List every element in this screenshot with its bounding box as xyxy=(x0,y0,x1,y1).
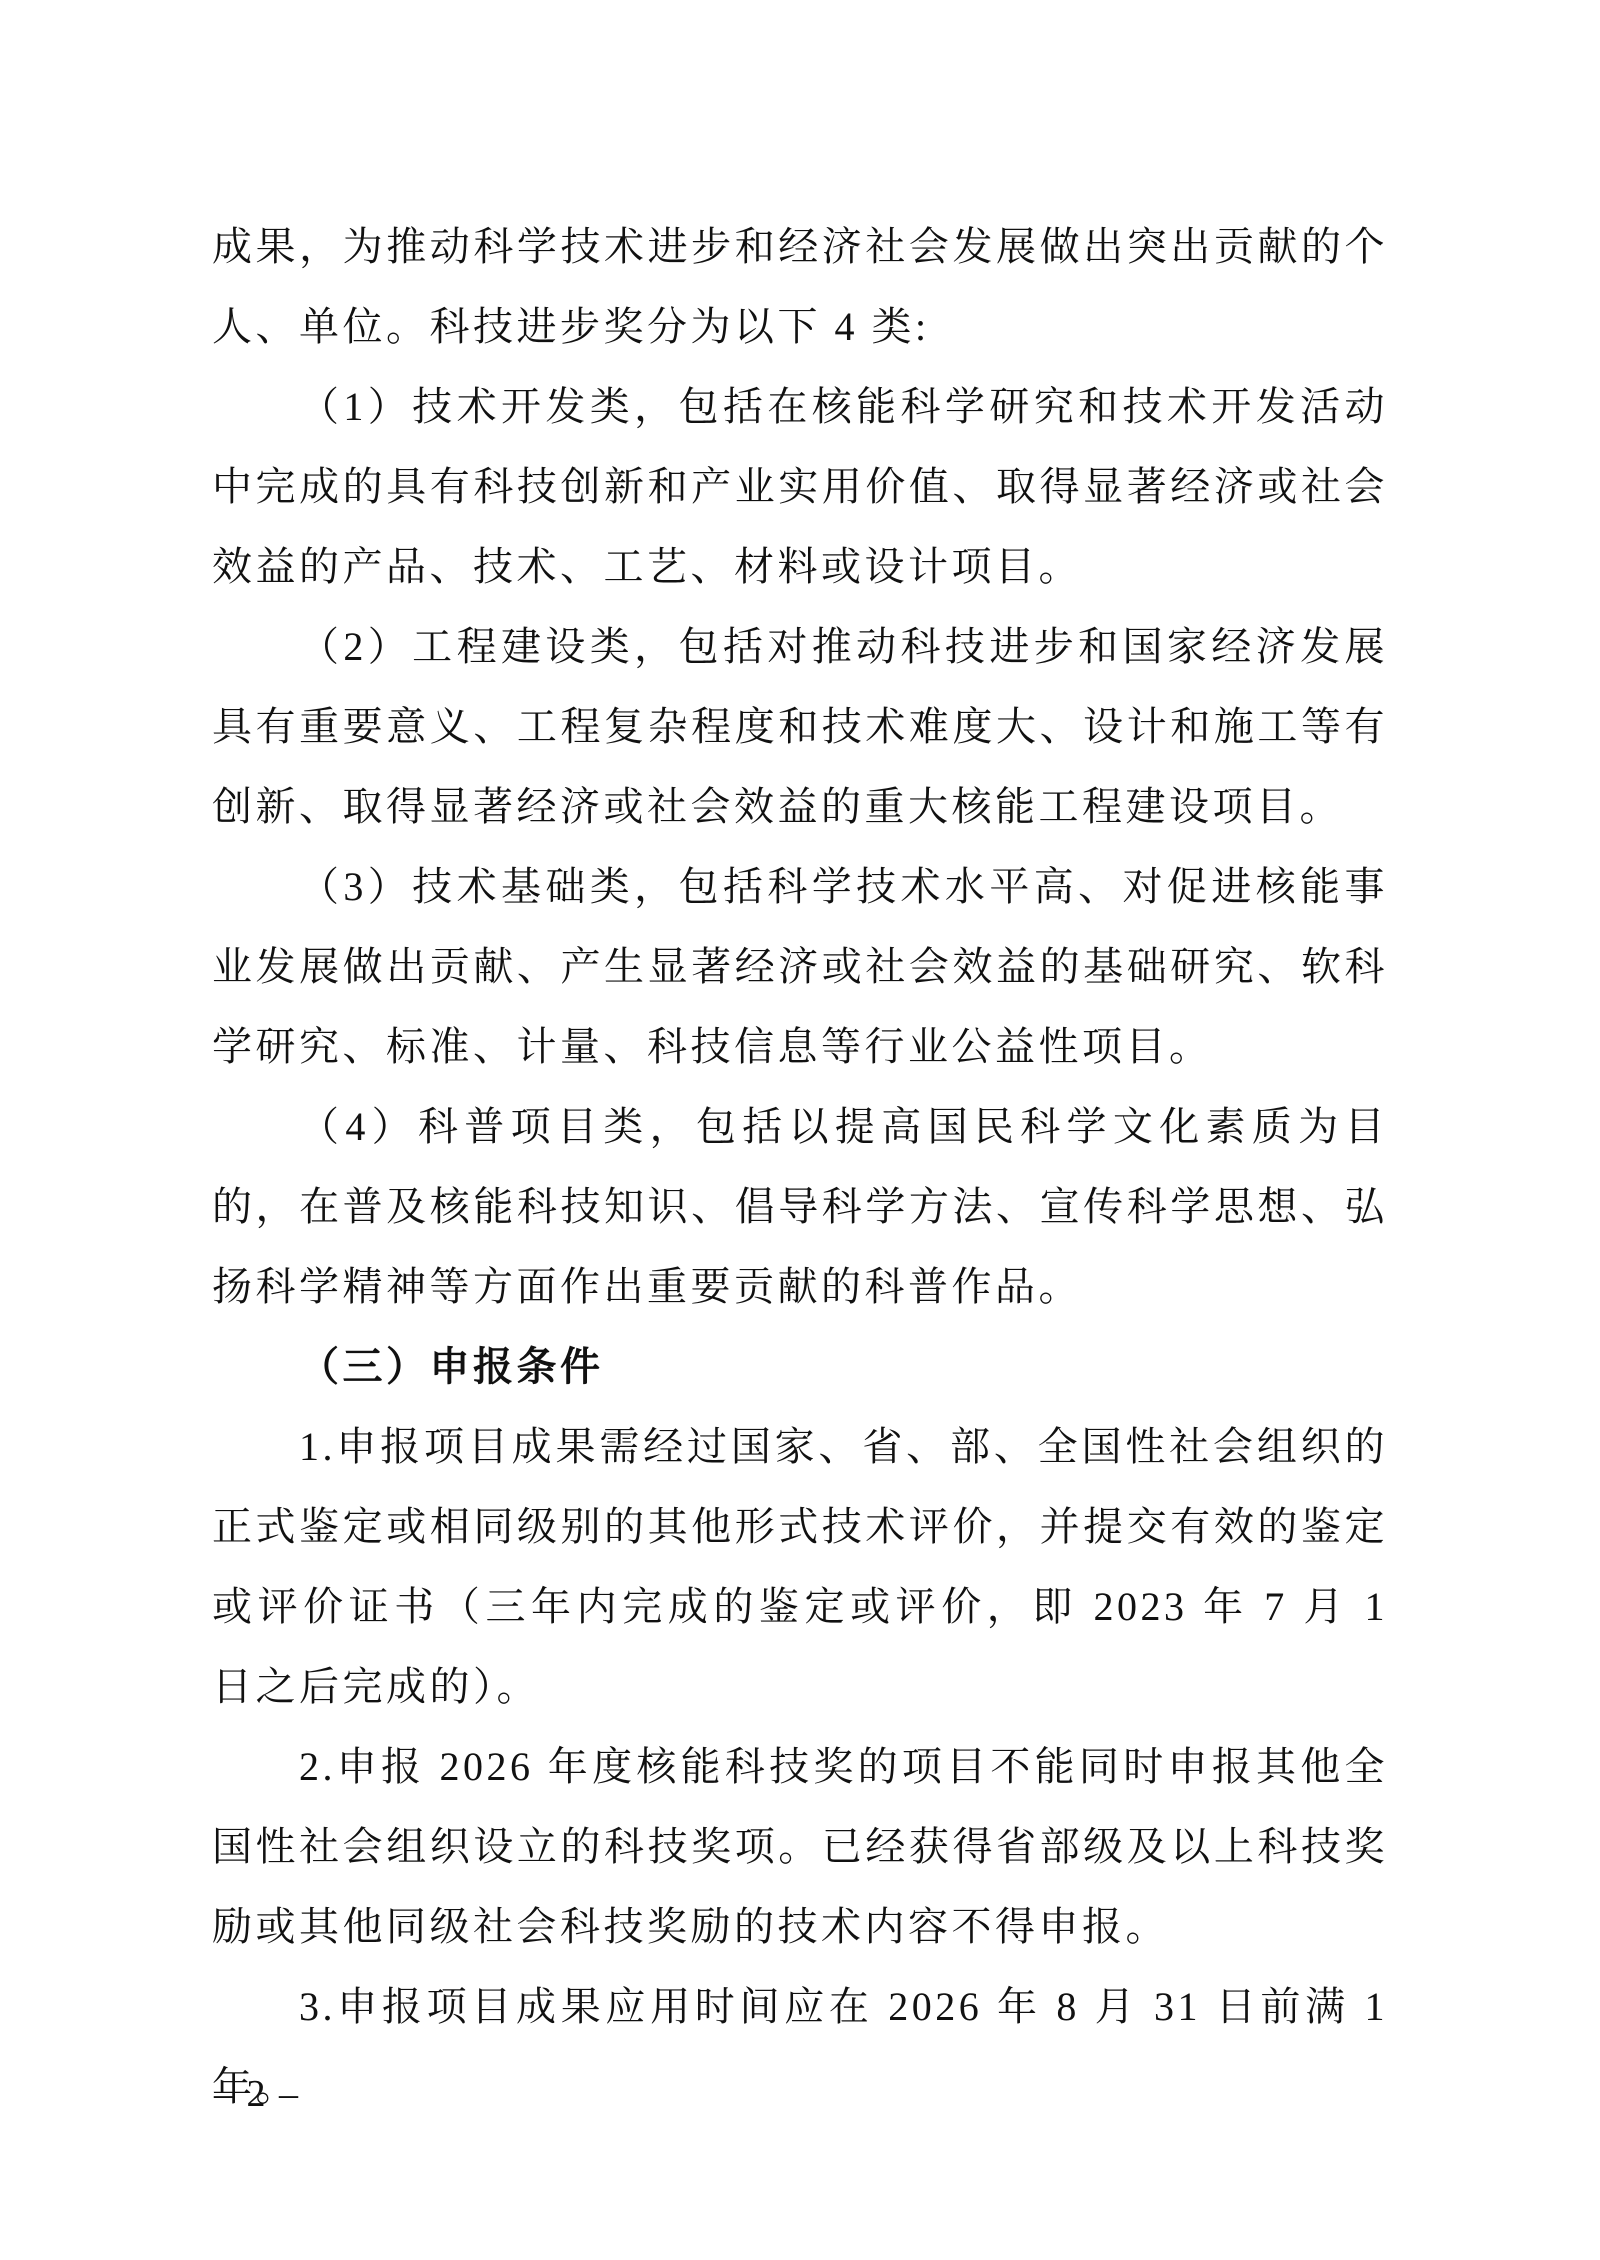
paragraph-category-1-tech-development: （1）技术开发类，包括在核能科学研究和技术开发活动中完成的具有科技创新和产业实用… xyxy=(212,367,1388,607)
document-body: 成果，为推动科学技术进步和经济社会发展做出突出贡献的个人、单位。科技进步奖分为以… xyxy=(212,207,1388,2127)
paragraph-condition-1: 1.申报项目成果需经过国家、省、部、全国性社会组织的正式鉴定或相同级别的其他形式… xyxy=(212,1407,1388,1727)
paragraph-condition-3: 3.申报项目成果应用时间应在 2026 年 8 月 31 日前满 1 年。 xyxy=(212,1967,1388,2127)
section-heading-application-conditions: （三）申报条件 xyxy=(212,1327,1388,1407)
paragraph-condition-2: 2.申报 2026 年度核能科技奖的项目不能同时申报其他全国性社会组织设立的科技… xyxy=(212,1727,1388,1967)
paragraph-category-2-engineering: （2）工程建设类，包括对推动科技进步和国家经济发展具有重要意义、工程复杂程度和技… xyxy=(212,607,1388,847)
paragraph-category-3-tech-foundation: （3）技术基础类，包括科学技术水平高、对促进核能事业发展做出贡献、产生显著经济或… xyxy=(212,847,1388,1087)
paragraph-category-4-science-popularization: （4）科普项目类，包括以提高国民科学文化素质为目的，在普及核能科技知识、倡导科学… xyxy=(212,1087,1388,1327)
paragraph-continuation: 成果，为推动科学技术进步和经济社会发展做出突出贡献的个人、单位。科技进步奖分为以… xyxy=(212,207,1388,367)
page-number: – 2 – xyxy=(214,2072,300,2116)
document-page: 成果，为推动科学技术进步和经济社会发展做出突出贡献的个人、单位。科技进步奖分为以… xyxy=(0,0,1600,2260)
